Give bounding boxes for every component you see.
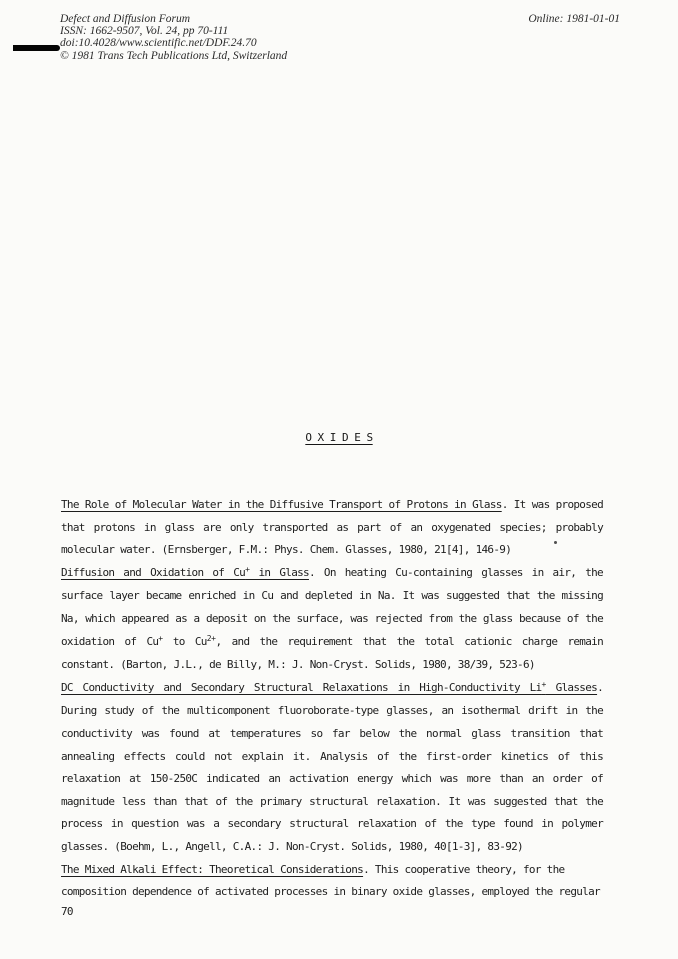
abstract-title: Diffusion and Oxidation of Cu+ in Glass xyxy=(61,566,309,579)
superscript-text: + xyxy=(541,680,545,689)
journal-issn-line: ISSN: 1662-9507, Vol. 24, pp 70-111 xyxy=(60,25,287,37)
page-number: 70 xyxy=(61,901,73,924)
abstract-title: DC Conductivity and Secondary Structural… xyxy=(61,681,597,694)
superscript-text: 2+ xyxy=(207,634,216,643)
text-line: that protons in glass are only transport… xyxy=(61,517,603,540)
superscript-text: + xyxy=(245,565,249,574)
text-line: DC Conductivity and Secondary Structural… xyxy=(61,677,603,701)
text-line: Diffusion and Oxidation of Cu+ in Glass.… xyxy=(61,562,603,586)
text-line: process in question was a secondary stru… xyxy=(61,813,603,836)
section-heading: O X I D E S xyxy=(0,430,678,446)
text-line: relaxation at 150-250C indicated an acti… xyxy=(61,768,603,791)
scanned-journal-page: Defect and Diffusion Forum ISSN: 1662-95… xyxy=(0,0,678,959)
text-line: magnitude less than that of the primary … xyxy=(61,791,603,814)
text-line: conductivity was found at temperatures s… xyxy=(61,723,603,746)
text-line: During study of the multicomponent fluor… xyxy=(61,700,603,723)
scan-artifact-dot xyxy=(554,541,557,544)
journal-doi-line: doi:10.4028/www.scientific.net/DDF.24.70 xyxy=(60,37,287,49)
text-line: composition dependence of activated proc… xyxy=(61,881,603,904)
journal-copyright-line: © 1981 Trans Tech Publications Ltd, Swit… xyxy=(60,50,287,62)
superscript-text: + xyxy=(158,634,162,643)
text-line: The Mixed Alkali Effect: Theoretical Con… xyxy=(61,859,603,882)
journal-header-block: Defect and Diffusion Forum ISSN: 1662-95… xyxy=(60,13,287,62)
text-line: surface layer became enriched in Cu and … xyxy=(61,585,603,608)
text-line: annealing effects could not explain it. … xyxy=(61,746,603,769)
text-line: The Role of Molecular Water in the Diffu… xyxy=(61,494,603,517)
online-date: Online: 1981-01-01 xyxy=(528,13,620,25)
redaction-mark xyxy=(13,45,60,51)
text-line: oxidation of Cu+ to Cu2+, and the requir… xyxy=(61,631,603,655)
text-line: constant. (Barton, J.L., de Billy, M.: J… xyxy=(61,654,603,677)
section-heading-text: O X I D E S xyxy=(305,431,372,444)
text-line: Na, which appeared as a deposit on the s… xyxy=(61,608,603,631)
abstracts-text-block: The Role of Molecular Water in the Diffu… xyxy=(61,494,603,904)
text-line: glasses. (Boehm, L., Angell, C.A.: J. No… xyxy=(61,836,603,859)
abstract-title: The Role of Molecular Water in the Diffu… xyxy=(61,498,502,511)
abstract-title: The Mixed Alkali Effect: Theoretical Con… xyxy=(61,863,363,876)
journal-title: Defect and Diffusion Forum xyxy=(60,13,287,25)
text-line: molecular water. (Ernsberger, F.M.: Phys… xyxy=(61,539,603,562)
